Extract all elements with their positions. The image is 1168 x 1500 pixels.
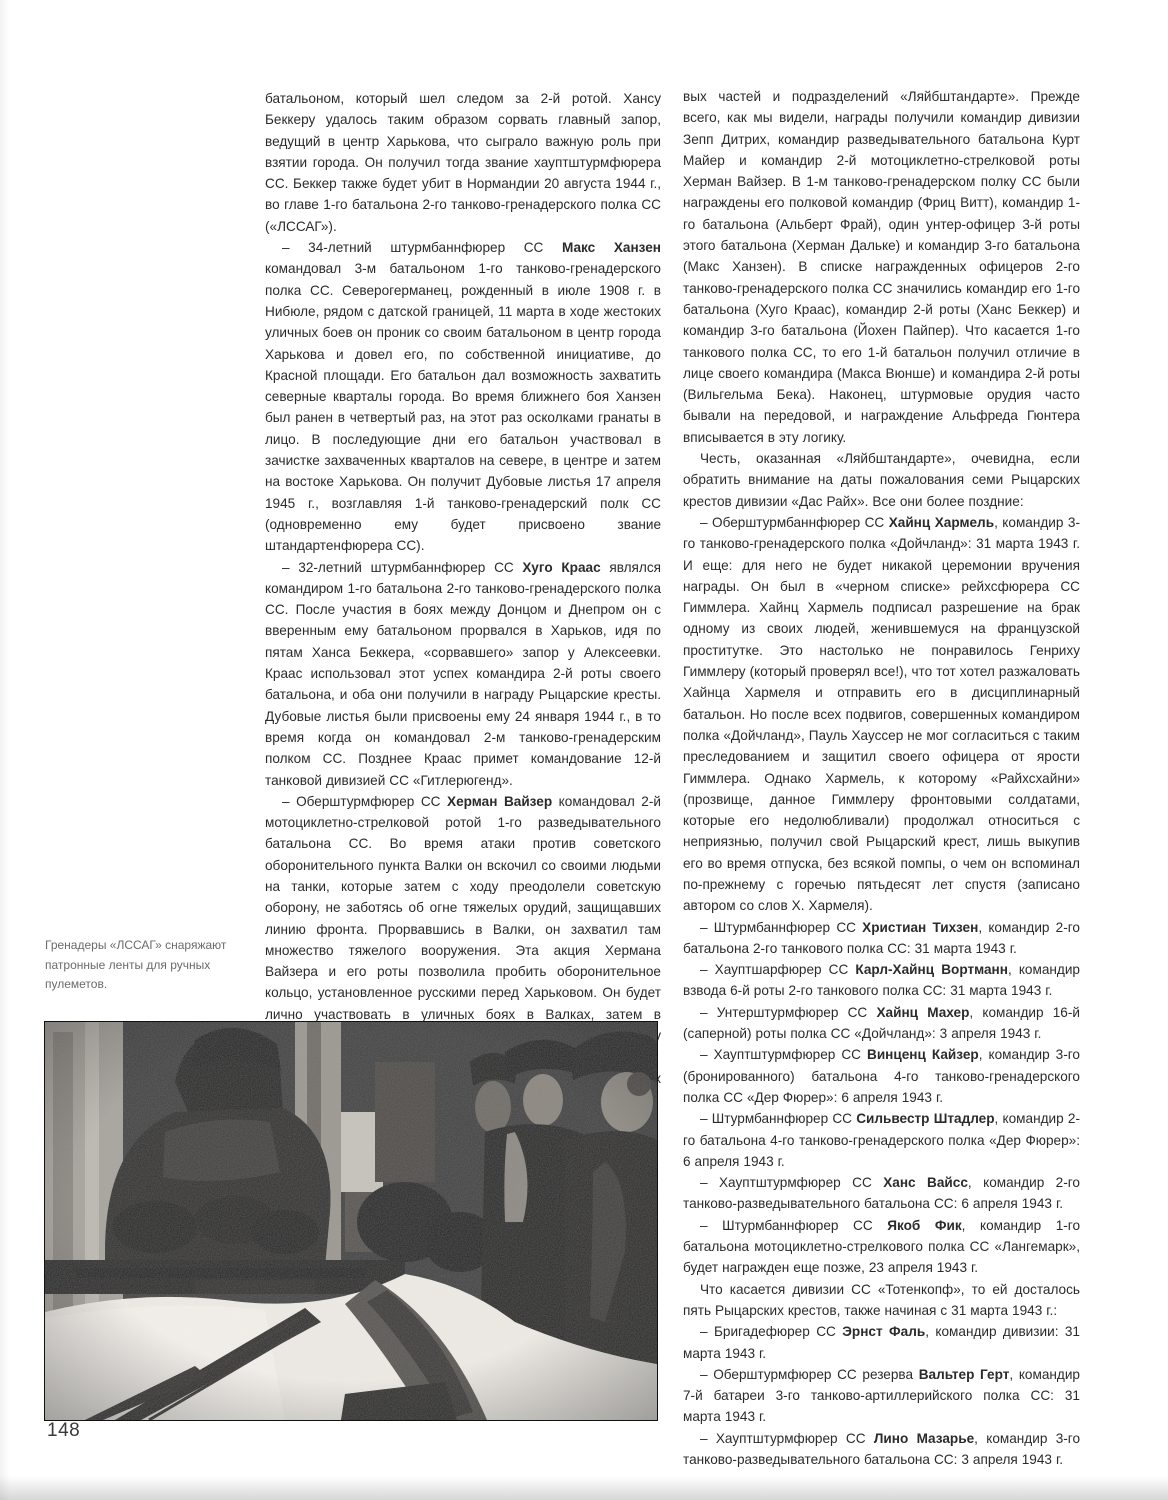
paragraph: батальоном, который шел следом за 2-й ро… [265,88,661,237]
paragraph: Что касается дивизии СС «Тотенкопф», то … [683,1279,1080,1322]
paragraph: Честь, оказанная «Ляйбштандарте», очевид… [683,448,1080,512]
scan-left-shade [0,0,10,1500]
paragraph: – Хауптшарфюрер СС Карл-Хайнц Вортманн, … [683,959,1080,1002]
photo-grenadiers-ammo-belts [45,1022,657,1420]
photo-illustration [45,1022,657,1420]
paragraph: – Штурмбаннфюрер СС Сильвестр Штадлер, к… [683,1108,1080,1172]
paragraph: – Унтерштурмфюрер СС Хайнц Махер, команд… [683,1002,1080,1045]
text-column-left: батальоном, который шел следом за 2-й ро… [265,88,661,1110]
page-number: 148 [47,1420,80,1442]
paragraph: – Оберштурмфюрер СС резерва Вальтер Герт… [683,1364,1080,1428]
paragraph: – Хауптштурмфюрер СС Ханс Вайсс, команди… [683,1172,1080,1215]
photo-caption: Гренадеры «ЛССАГ» снаряжают патронные ле… [45,936,241,995]
paragraph: – Штурмбаннфюрер СС Христиан Тихзен, ком… [683,917,1080,960]
scan-bottom-shade [0,1476,1168,1500]
paragraph: вых частей и подразделений «Ляйбштандарт… [683,86,1080,448]
paragraph: – Штурмбаннфюрер СС Якоб Фик, командир 1… [683,1215,1080,1279]
paragraph: – Бригадефюрер СС Эрнст Фаль, командир д… [683,1321,1080,1364]
paragraph: – Оберштурмбаннфюрер СС Хайнц Хармель, к… [683,512,1080,917]
paragraph: – 32-летний штурмбаннфюрер СС Хуго Краас… [265,557,661,791]
text-column-right: вых частей и подразделений «Ляйбштандарт… [683,86,1080,1470]
paragraph: – 34-летний штурмбаннфюрер СС Макс Ханзе… [265,237,661,556]
book-page: Гренадеры «ЛССАГ» снаряжают патронные ле… [0,0,1168,1500]
paragraph: – Хауптштурмфюрер СС Лино Мазарье, коман… [683,1428,1080,1471]
paragraph: – Хауптштурмфюрер СС Винценц Кайзер, ком… [683,1044,1080,1108]
